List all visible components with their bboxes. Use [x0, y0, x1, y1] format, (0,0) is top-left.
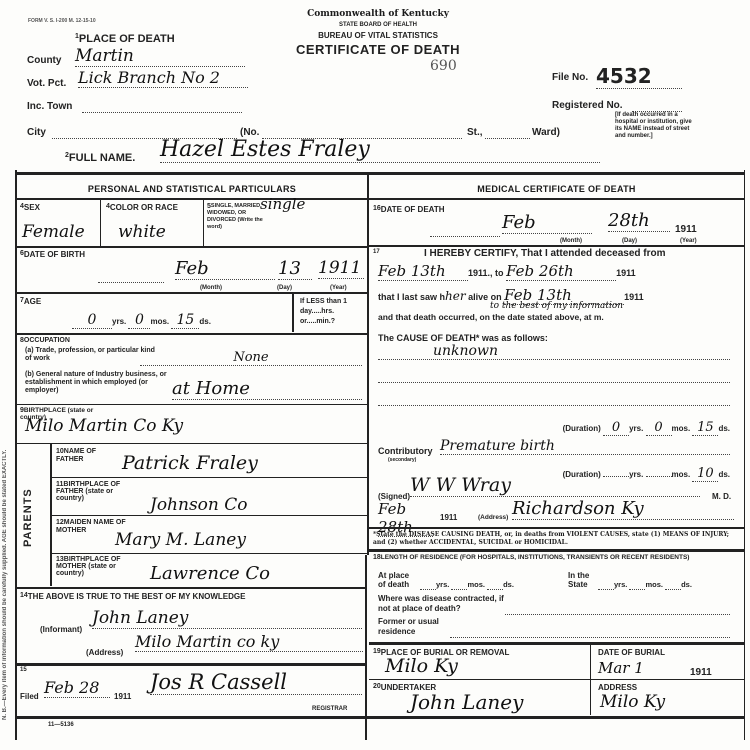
ds-label: ds.: [199, 317, 211, 326]
to-label: to: [495, 268, 504, 278]
cause-line-2: [378, 380, 730, 383]
yrs-label: yrs.: [436, 580, 449, 589]
stamp-number: 690: [430, 58, 457, 74]
registered-no-field: [632, 100, 682, 112]
divider: [203, 200, 204, 246]
commonwealth-heading: Commonwealth of Kentucky: [278, 9, 478, 19]
month-caption: (Month): [200, 285, 222, 291]
dod-month-caption: (Month): [560, 238, 582, 244]
left-border: [15, 170, 17, 740]
secondary-label: (secondary): [388, 457, 416, 463]
personal-section-title: PERSONAL AND STATISTICAL PARTICULARS: [17, 184, 367, 194]
father-birthplace-label: BIRTHPLACE OF FATHER (state or country): [56, 481, 120, 502]
divider: [52, 553, 367, 554]
divider: [369, 198, 744, 200]
dod-dots: [430, 234, 500, 237]
vot-pct-label: Vot. Pct.: [27, 78, 66, 89]
file-no-label: File No.: [552, 72, 588, 83]
father-birthplace-field: Johnson Co: [150, 495, 248, 515]
mos-label: mos.: [645, 580, 663, 589]
field-number: 14: [20, 592, 28, 599]
occupation-label: OCCUPATION: [24, 337, 70, 344]
divider: [369, 527, 744, 529]
parents-side-label: PARENTS: [22, 450, 34, 585]
at-place-label: At place of death: [378, 571, 418, 589]
vot-pct-field: Lick Branch No 2: [78, 68, 248, 88]
mother-birthplace-field: Lawrence Co: [150, 563, 270, 584]
dob-label: DATE OF BIRTH: [24, 250, 85, 259]
field-number: 12: [56, 519, 64, 526]
occurred-text: and that death occurred, on the date sta…: [378, 312, 591, 322]
divider: [369, 549, 744, 552]
mos-label: mos.: [467, 580, 485, 589]
footer-code: 11—5136: [48, 722, 74, 728]
divider: [17, 443, 367, 444]
field-number: 13: [56, 556, 64, 563]
bureau-heading: BUREAU OF VITAL STATISTICS: [278, 31, 478, 40]
attended-from: Feb 13th: [378, 262, 468, 281]
undertaker-address-label: ADDRESS: [598, 683, 637, 692]
occupation-a-field: None: [140, 350, 362, 366]
medical-section-title: MEDICAL CERTIFICATE OF DEATH: [369, 184, 744, 194]
place-of-death-label: PLACE OF DEATH: [79, 33, 175, 45]
marital-label: SINGLE, MARRIED, WIDOWED, OR DIVORCED (W…: [207, 203, 263, 230]
undertaker-address-field: Milo Ky: [600, 692, 665, 712]
header-divider: [15, 172, 745, 175]
yrs-label: yrs.: [112, 317, 126, 326]
ds-label: ds.: [718, 424, 730, 433]
informant-address-field: Milo Martin co ky: [135, 632, 363, 652]
divider: [52, 477, 367, 478]
cause-duration-mos: 0: [646, 420, 672, 436]
undertaker-field: John Laney: [410, 690, 523, 714]
divider: [17, 198, 367, 200]
death-certificate: N. B.—Every item of information should b…: [0, 0, 750, 750]
inc-town-label: Inc. Town: [27, 101, 72, 112]
less-than-day-label: If LESS than 1 day.....hrs. or.....min.?: [300, 297, 364, 327]
age-years: 0: [72, 312, 112, 329]
divider: [17, 663, 367, 666]
yrs-label: yrs.: [629, 424, 643, 433]
full-name-field: Hazel Estes Fraley: [160, 137, 600, 163]
registered-no-label: Registered No.: [552, 100, 623, 111]
column-divider: [367, 175, 369, 555]
last-saw-pronoun: her: [445, 289, 466, 303]
attended-to: Feb 26th: [506, 262, 616, 281]
right-border: [744, 170, 745, 740]
divider: [292, 294, 294, 332]
info-note: to the best of my information: [490, 301, 623, 311]
city-label: City: [27, 127, 46, 138]
day-caption: (Day): [277, 285, 292, 291]
certificate-title: CERTIFICATE OF DEATH: [268, 42, 488, 57]
divider: [17, 333, 367, 335]
informant-field: John Laney: [92, 608, 362, 629]
divider: [369, 642, 744, 645]
divider: [100, 200, 101, 246]
age-label: AGE: [24, 297, 41, 306]
contributory-field: Premature birth: [440, 438, 730, 455]
column-divider-lower: [365, 555, 367, 740]
mos-label: mos.: [150, 317, 169, 326]
occupation-b-label: (b) General nature of Industry business,…: [25, 371, 175, 395]
divider: [590, 645, 591, 715]
field-number: 10: [56, 448, 64, 455]
divider: [17, 246, 367, 248]
contracted-label: Where was disease contracted, if not at …: [378, 594, 508, 614]
occupation-a-label: (a) Trade, profession, or particular kin…: [25, 347, 155, 363]
age-days: 15: [171, 312, 199, 329]
informant-label: (Informant): [40, 625, 82, 634]
hospital-note: [If death occurred in a hospital or inst…: [615, 112, 695, 140]
mos-label: mos.: [672, 424, 691, 433]
registrar-signature: Jos R Cassell: [150, 670, 362, 695]
divider: [17, 404, 367, 405]
last-saw-year: 1911: [624, 292, 644, 302]
informant-statement: THE ABOVE IS TRUE TO THE BEST OF MY KNOW…: [28, 592, 246, 601]
filed-date: Feb 28: [44, 678, 110, 698]
filed-year: 1911: [114, 692, 131, 701]
informant-address-label: (Address): [86, 648, 123, 657]
former-residence-field: [450, 627, 730, 638]
race-label: COLOR OR RACE: [110, 203, 178, 212]
age-months: 0: [128, 312, 150, 329]
contracted-field: [505, 604, 730, 615]
signed-year: 1911: [440, 513, 457, 522]
last-saw-text: that I last saw h: [378, 292, 445, 302]
attended-to-year: 1911: [616, 268, 636, 278]
dob-year: 1911: [318, 258, 364, 279]
physician-signature: W W Wray: [410, 474, 700, 497]
cause-duration-yrs: 0: [603, 420, 629, 436]
marital-field: single: [260, 195, 305, 213]
in-state-label: In the State: [568, 571, 598, 589]
divider: [369, 245, 744, 247]
filed-label: Filed: [20, 692, 39, 701]
field-number: 18: [373, 554, 381, 561]
dod-month: Feb: [502, 212, 592, 234]
cause-duration-ds: 15: [692, 420, 718, 436]
divider: [369, 679, 744, 680]
birthplace-field: Milo Martin Co Ky: [25, 416, 183, 436]
occupation-b-field: at Home: [172, 378, 362, 400]
sex-field: Female: [22, 222, 85, 242]
divider: [52, 515, 367, 516]
duration-label: (Duration): [563, 424, 601, 433]
county-field: Martin: [75, 46, 245, 67]
dob-dots: [98, 280, 164, 283]
ds-label: ds.: [681, 580, 692, 589]
cause-field: unknown: [378, 343, 730, 360]
inc-town-field: [82, 101, 242, 113]
dob-day: 13: [278, 258, 312, 280]
divider: [17, 587, 367, 589]
m-label: m.: [594, 312, 604, 322]
cause-line-3: [378, 403, 730, 406]
ds-label: ds.: [718, 470, 730, 479]
ds-label: ds.: [503, 580, 514, 589]
dob-month: Feb: [175, 258, 275, 280]
sex-label: SEX: [24, 203, 40, 212]
board-heading: STATE BOARD OF HEALTH: [278, 22, 478, 28]
race-field: white: [118, 222, 166, 242]
residence-label: LENGTH OF RESIDENCE (FOR HOSPITALS, INST…: [381, 554, 690, 561]
dod-year-caption: (Year): [680, 238, 697, 244]
dod-day-caption: (Day): [622, 238, 637, 244]
father-name-field: Patrick Fraley: [122, 452, 258, 474]
file-number: 4532: [596, 64, 682, 89]
cause-footnote: *State the DISEASE CAUSING DEATH, or, in…: [373, 531, 735, 547]
mother-name-field: Mary M. Laney: [115, 530, 246, 550]
form-number: FORM V. S. I-200 M. 12-15-10: [28, 18, 96, 24]
bottom-divider: [17, 716, 745, 719]
field-number: 19: [373, 648, 381, 655]
registrar-label: REGISTRAR: [312, 706, 347, 712]
year-caption: (Year): [330, 285, 347, 291]
burial-year: 1911: [690, 667, 712, 678]
mother-birthplace-label: BIRTHPLACE OF MOTHER (state or country): [56, 556, 121, 577]
field-number: 16: [373, 205, 381, 212]
divider: [17, 292, 367, 294]
dod-year: 1911: [675, 224, 697, 235]
physician-address: Richardson Ky: [512, 498, 734, 520]
full-name-label: FULL NAME.: [69, 152, 135, 164]
field-number: 20: [373, 683, 381, 690]
field-number: 15: [20, 667, 27, 673]
physician-address-label: (Address): [478, 514, 508, 521]
yrs-label: yrs.: [614, 580, 627, 589]
field-number: 17: [373, 249, 380, 255]
burial-date-field: Mar 1: [598, 659, 644, 677]
dod-day: 28th: [608, 210, 670, 232]
contributory-label: Contributory: [378, 446, 433, 456]
cause-label: The CAUSE OF DEATH* was as follows:: [378, 333, 548, 343]
burial-date-label: DATE OF BURIAL: [598, 648, 665, 657]
margin-note: N. B.—Every item of information should b…: [2, 400, 8, 720]
burial-place-field: Milo Ky: [385, 655, 458, 677]
certify-text: I HEREBY CERTIFY, That I attended deceas…: [424, 248, 666, 259]
former-residence-label: Former or usual residence: [378, 617, 448, 637]
dod-label: DATE OF DEATH: [381, 205, 445, 214]
attended-from-year: 1911: [468, 268, 488, 278]
county-label: County: [27, 55, 61, 66]
